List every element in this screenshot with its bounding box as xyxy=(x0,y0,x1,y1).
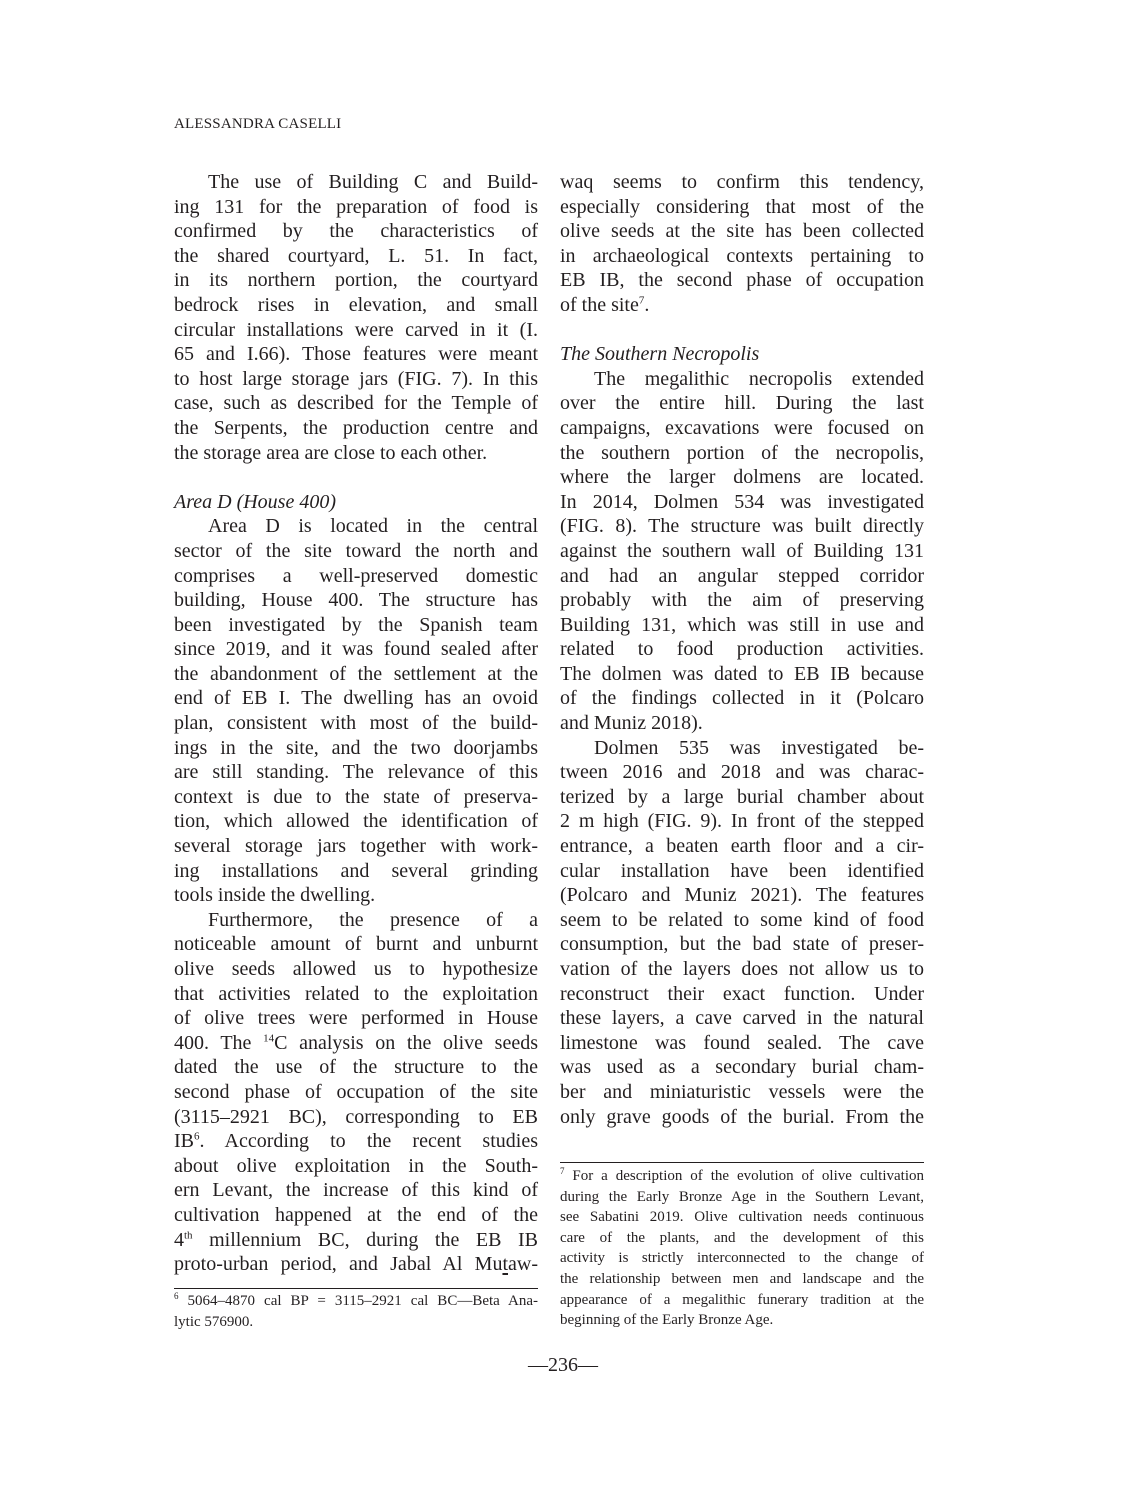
footnote-line: care of the plants, and the development … xyxy=(560,1228,924,1249)
footnote-7: 7 For a description of the evolution of … xyxy=(560,1166,924,1331)
text-line: against the southern wall of Building 13… xyxy=(560,539,924,564)
section-heading-southern-necropolis: The Southern Necropolis xyxy=(560,342,924,367)
text-line: campaigns, excavations were focused on xyxy=(560,416,924,441)
text-line: probably with the aim of preserving xyxy=(560,588,924,613)
text-line: Area D is located in the central xyxy=(174,514,538,539)
text-fragment: of the site xyxy=(560,294,639,316)
text-line: seem to be related to some kind of food xyxy=(560,908,924,933)
text-line: confirmed by the characteristics of xyxy=(174,219,538,244)
text-line: sector of the site toward the north and xyxy=(174,539,538,564)
text-line: (Polcaro and Muniz 2021). The features xyxy=(560,883,924,908)
text-line: over the entire hill. During the last xyxy=(560,391,924,416)
paragraph-area-d: Area D is located in the central sector … xyxy=(174,514,538,908)
text-line: (FIG. 8). The structure was built direct… xyxy=(560,514,924,539)
text-line: of the site7. xyxy=(560,293,924,318)
text-line: circular installations were carved in it… xyxy=(174,318,538,343)
paragraph-dolmen-535: Dolmen 535 was investigated be- tween 20… xyxy=(560,736,924,1130)
right-column: waq seems to confirm this tendency, espe… xyxy=(560,170,924,1129)
paragraph-olive-seeds: Furthermore, the presence of a noticeabl… xyxy=(174,908,538,1277)
text-line: case, such as described for the Temple o… xyxy=(174,391,538,416)
footnote-line: 6 5064–4870 cal BP = 3115–2921 cal BC—Be… xyxy=(174,1291,538,1312)
text-line: the southern portion of the necropolis, xyxy=(560,441,924,466)
footnote-6: 6 5064–4870 cal BP = 3115–2921 cal BC—Be… xyxy=(174,1291,538,1332)
text-line: comprises a well-preserved domestic xyxy=(174,564,538,589)
page-number: —236— xyxy=(0,1354,1126,1377)
text-line: The dolmen was dated to EB IB because xyxy=(560,662,924,687)
text-fragment: 4 xyxy=(174,1229,184,1251)
text-line: (3115–2921 BC), corresponding to EB xyxy=(174,1105,538,1130)
text-line: noticeable amount of burnt and unburnt xyxy=(174,932,538,957)
text-line: cular installation have been identified xyxy=(560,859,924,884)
text-line: cultivation happened at the end of the xyxy=(174,1203,538,1228)
footnote-line: activity is strictly interconnected to t… xyxy=(560,1248,924,1269)
text-line: dated the use of the structure to the xyxy=(174,1055,538,1080)
text-line: The use of Building C and Build- xyxy=(174,170,538,195)
text-line: 4th millennium BC, during the EB IB xyxy=(174,1228,538,1253)
left-column: The use of Building C and Build- ing 131… xyxy=(174,170,538,1277)
text-line: and had an angular stepped corridor xyxy=(560,564,924,589)
text-line: Furthermore, the presence of a xyxy=(174,908,538,933)
text-line: entrance, a beaten earth floor and a cir… xyxy=(560,834,924,859)
footnote-line: beginning of the Early Bronze Age. xyxy=(560,1310,924,1331)
text-line: EB IB, the second phase of occupation xyxy=(560,268,924,293)
spacer xyxy=(560,318,924,343)
text-line: 65 and I.66). Those features were meant xyxy=(174,342,538,367)
text-line: especially considering that most of the xyxy=(560,195,924,220)
text-line: in archaeological contexts pertaining to xyxy=(560,244,924,269)
text-line: waq seems to confirm this tendency, xyxy=(560,170,924,195)
text-line: in its northern portion, the courtyard xyxy=(174,268,538,293)
text-line: the abandonment of the settlement at the xyxy=(174,662,538,687)
text-line: tion, which allowed the identification o… xyxy=(174,809,538,834)
text-line: proto-urban period, and Jabal Al Mutaw- xyxy=(174,1252,538,1277)
footnote-rule-right xyxy=(560,1162,924,1163)
text-line: tools inside the dwelling. xyxy=(174,883,538,908)
text-line: was used as a secondary burial cham- xyxy=(560,1055,924,1080)
text-line: 400. The 14C analysis on the olive seeds xyxy=(174,1031,538,1056)
superscript-th: th xyxy=(184,1229,193,1241)
text-line: ings in the site, and the two doorjambs xyxy=(174,736,538,761)
section-heading-area-d: Area D (House 400) xyxy=(174,490,538,515)
text-fragment: 400. The xyxy=(174,1032,263,1054)
text-line: building, House 400. The structure has xyxy=(174,588,538,613)
text-line: second phase of occupation of the site xyxy=(174,1080,538,1105)
text-line: In 2014, Dolmen 534 was investigated xyxy=(560,490,924,515)
text-fragment: C analysis on the olive seeds xyxy=(274,1032,538,1054)
text-fragment: . According to the recent studies xyxy=(200,1130,539,1152)
text-line: these layers, a cave carved in the natur… xyxy=(560,1006,924,1031)
footnote-line: see Sabatini 2019. Olive cultivation nee… xyxy=(560,1207,924,1228)
text-line: to host large storage jars (FIG. 7). In … xyxy=(174,367,538,392)
text-fragment: . xyxy=(644,294,649,316)
text-fragment: For a description of the evolution of ol… xyxy=(565,1168,925,1184)
text-line: of olive trees were performed in House xyxy=(174,1006,538,1031)
text-line: olive seeds allowed us to hypothesize xyxy=(174,957,538,982)
footnote-line: lytic 576900. xyxy=(174,1312,538,1333)
footnote-line: 7 For a description of the evolution of … xyxy=(560,1166,924,1187)
text-line: where the larger dolmens are located. xyxy=(560,465,924,490)
text-line: plan, consistent with most of the build- xyxy=(174,711,538,736)
text-fragment: aw- xyxy=(508,1253,538,1275)
text-line: tween 2016 and 2018 and was charac- xyxy=(560,760,924,785)
running-head-author: ALESSANDRA CASELLI xyxy=(174,116,341,133)
footnote-line: appearance of a megalithic funerary trad… xyxy=(560,1290,924,1311)
text-line: vation of the layers does not allow us t… xyxy=(560,957,924,982)
text-line: the Serpents, the production centre and xyxy=(174,416,538,441)
text-fragment: IB xyxy=(174,1130,194,1152)
text-fragment: millennium BC, during the EB IB xyxy=(193,1229,538,1251)
paragraph-continuation: waq seems to confirm this tendency, espe… xyxy=(560,170,924,318)
text-line: been investigated by the Spanish team xyxy=(174,613,538,638)
text-line: 2 m high (FIG. 9). In front of the stepp… xyxy=(560,809,924,834)
text-line: consumption, but the bad state of preser… xyxy=(560,932,924,957)
text-line: ing installations and several grinding xyxy=(174,859,538,884)
paragraph-building-c: The use of Building C and Build- ing 131… xyxy=(174,170,538,465)
text-line: reconstruct their exact function. Under xyxy=(560,982,924,1007)
text-line: related to food production activities. xyxy=(560,637,924,662)
text-fragment: 5064–4870 cal BP = 3115–2921 cal BC—Beta… xyxy=(179,1293,539,1309)
text-fragment: proto-urban period, and Jabal Al Mu xyxy=(174,1253,502,1275)
text-line: about olive exploitation in the South- xyxy=(174,1154,538,1179)
text-line: and Muniz 2018). xyxy=(560,711,924,736)
text-line: only grave goods of the burial. From the xyxy=(560,1105,924,1130)
spacer xyxy=(174,465,538,490)
text-line: Building 131, which was still in use and xyxy=(560,613,924,638)
text-line: ern Levant, the increase of this kind of xyxy=(174,1178,538,1203)
text-line: context is due to the state of preserva- xyxy=(174,785,538,810)
footnote-rule-left xyxy=(174,1288,538,1289)
text-line: IB6. According to the recent studies xyxy=(174,1129,538,1154)
superscript-14: 14 xyxy=(263,1032,274,1044)
text-line: The megalithic necropolis extended xyxy=(560,367,924,392)
text-line: terized by a large burial chamber about xyxy=(560,785,924,810)
paragraph-necropolis: The megalithic necropolis extended over … xyxy=(560,367,924,736)
text-line: since 2019, and it was found sealed afte… xyxy=(174,637,538,662)
text-line: the storage area are close to each other… xyxy=(174,441,538,466)
text-line: that activities related to the exploitat… xyxy=(174,982,538,1007)
text-line: limestone was found sealed. The cave xyxy=(560,1031,924,1056)
text-line: Dolmen 535 was investigated be- xyxy=(560,736,924,761)
text-line: olive seeds at the site has been collect… xyxy=(560,219,924,244)
text-line: of the findings collected in it (Polcaro xyxy=(560,686,924,711)
footnote-line: the relationship between men and landsca… xyxy=(560,1269,924,1290)
text-line: end of EB I. The dwelling has an ovoid xyxy=(174,686,538,711)
text-line: the shared courtyard, L. 51. In fact, xyxy=(174,244,538,269)
text-line: ing 131 for the preparation of food is xyxy=(174,195,538,220)
text-line: bedrock rises in elevation, and small xyxy=(174,293,538,318)
text-line: several storage jars together with work- xyxy=(174,834,538,859)
footnote-line: during the Early Bronze Age in the South… xyxy=(560,1187,924,1208)
text-line: are still standing. The relevance of thi… xyxy=(174,760,538,785)
text-line: ber and miniaturistic vessels were the xyxy=(560,1080,924,1105)
